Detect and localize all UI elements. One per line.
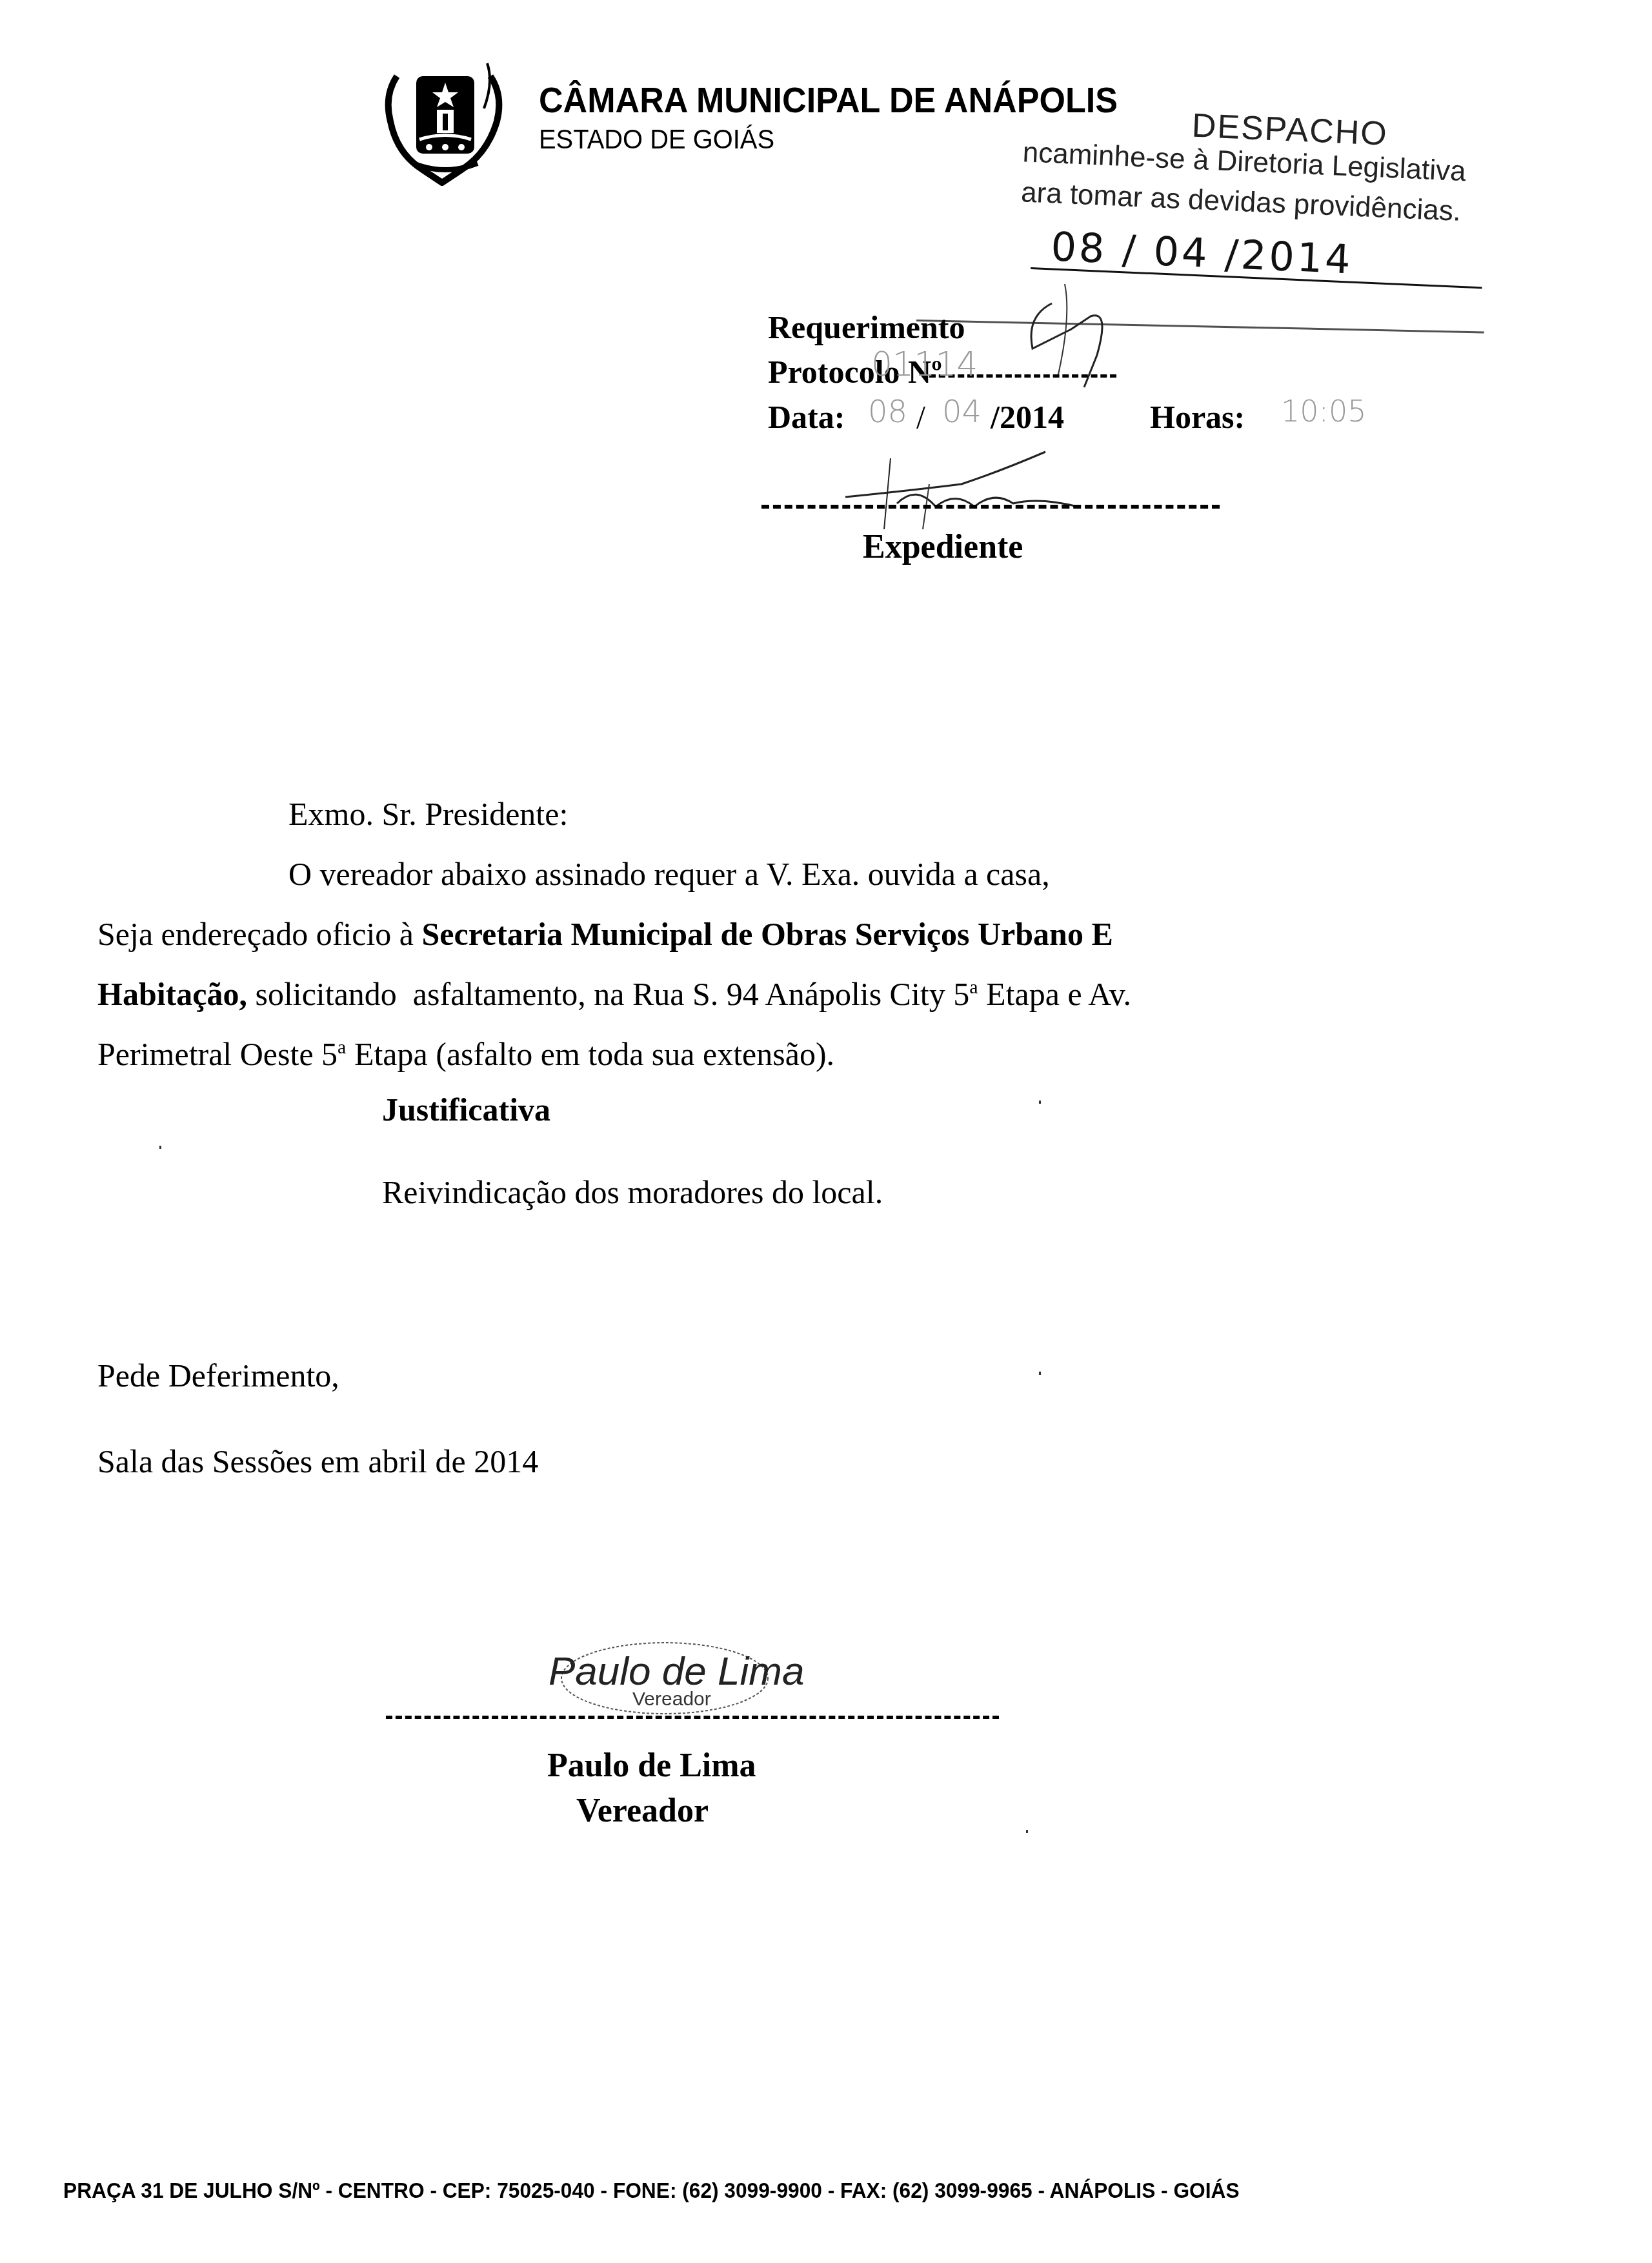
vereador-stamp-icon: Paulo de Lima Vereador (536, 1633, 845, 1717)
text: Seja endereçado oficio à (97, 916, 422, 952)
scan-speck (1039, 1101, 1041, 1104)
scan-speck (1039, 1372, 1041, 1375)
text: Perimetral Oeste 5 (97, 1036, 337, 1072)
ordinal: a (969, 977, 978, 998)
data-month: 04 (942, 394, 982, 430)
organization-state: ESTADO DE GOIÁS (539, 124, 774, 155)
coat-of-arms-icon (378, 57, 513, 186)
body-paragraph-line-2: Seja endereçado oficio à Secretaria Muni… (97, 915, 1113, 953)
text: solicitando asfaltamento, na Rua S. 94 A… (247, 976, 969, 1012)
footer-address: PRAÇA 31 DE JULHO S/Nº - CENTRO - CEP: 7… (63, 2178, 1240, 2203)
signer-name: Paulo de Lima (547, 1747, 756, 1785)
requerimento-title: Requerimento (768, 309, 965, 346)
body-paragraph-line-4: Perimetral Oeste 5a Etapa (asfalto em to… (97, 1035, 834, 1073)
justificativa-title: Justificativa (382, 1091, 550, 1128)
scan-speck (159, 1146, 161, 1149)
text: Etapa e Av. (978, 976, 1131, 1012)
justificativa-text: Reivindicação dos moradores do local. (382, 1173, 883, 1211)
signature-dash-line (386, 1716, 999, 1719)
text: Etapa (asfalto em toda sua extensão). (346, 1036, 834, 1072)
body-paragraph-line-1: O vereador abaixo assinado requer a V. E… (288, 855, 1050, 893)
data-year: /2014 (991, 398, 1064, 436)
expediente-dash-line (761, 505, 1220, 509)
svg-text:Vereador: Vereador (632, 1689, 711, 1710)
ordinal: a (337, 1037, 346, 1058)
handwritten-stroke (916, 320, 1484, 333)
protocolo-number: 01114 (871, 345, 978, 384)
data-label: Data: (768, 398, 845, 436)
data-separator: / (916, 398, 925, 436)
scan-speck (1026, 1830, 1028, 1833)
expediente-label: Expediente (863, 528, 1023, 566)
place-date: Sala das Sessões em abril de 2014 (97, 1443, 538, 1480)
body-paragraph-line-3: Habitação, solicitando asfaltamento, na … (97, 975, 1131, 1013)
secretaria-name-cont: Habitação, (97, 976, 247, 1012)
svg-text:Paulo de Lima: Paulo de Lima (549, 1649, 804, 1694)
signer-role: Vereador (576, 1792, 709, 1830)
secretaria-name: Secretaria Municipal de Obras Serviços U… (422, 916, 1113, 952)
salutation: Exmo. Sr. Presidente: (288, 795, 568, 833)
data-day: 08 (868, 394, 907, 430)
horas-value: 10:05 (1281, 394, 1367, 429)
horas-label: Horas: (1150, 398, 1245, 436)
closing: Pede Deferimento, (97, 1357, 339, 1394)
expediente-signature-icon (832, 445, 1110, 536)
